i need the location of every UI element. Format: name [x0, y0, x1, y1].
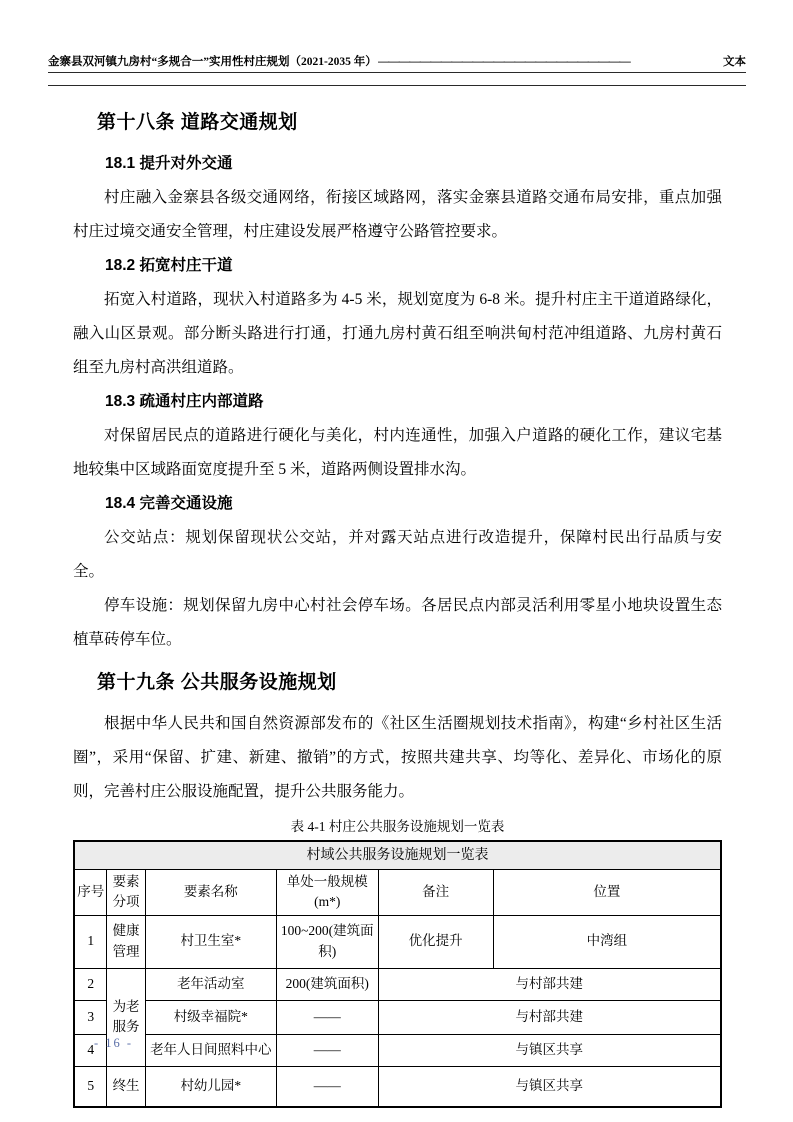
col-header-scale: 单处一般规模 (m*) — [276, 870, 378, 916]
section-18-4-heading: 18.4 完善交通设施 — [73, 487, 722, 521]
table-caption: 表 4-1 村庄公共服务设施规划一览表 — [73, 815, 722, 839]
cell-category-elderly: 为老服务 — [107, 968, 145, 1066]
cell-scale: —— — [276, 1066, 378, 1107]
col-header-scale-line1: 单处一般规模 — [279, 872, 376, 892]
section-18-4-paragraph-parking: 停车设施：规划保留九房中心村社会停车场。各居民点内部灵活利用零星小地块设置生态植… — [73, 589, 722, 657]
article-19-paragraph: 根据中华人民共和国自然资源部发布的《社区生活圈规划技术指南》，构建“乡村社区生活… — [73, 707, 722, 809]
section-18-1-heading: 18.1 提升对外交通 — [73, 147, 722, 181]
cell-scale: —— — [276, 1034, 378, 1066]
cell-seq: 5 — [74, 1066, 107, 1107]
article-19-title: 第十九条 公共服务设施规划 — [73, 668, 722, 698]
cell-name: 老年活动室 — [145, 968, 276, 1000]
table-row: 2 为老服务 老年活动室 200(建筑面积) 与村部共建 — [74, 968, 721, 1000]
cell-note: 优化提升 — [378, 915, 493, 968]
section-18-1-paragraph: 村庄融入金寨县各级交通网络，衔接区域路网，落实金寨县道路交通布局安排，重点加强村… — [73, 181, 722, 249]
header-title: 金寨县双河镇九房村“多规合一”实用性村庄规划（2021-2035 年） — [48, 53, 377, 69]
cell-note-location: 与镇区共享 — [378, 1066, 721, 1107]
section-18-3-paragraph: 对保留居民点的道路进行硬化与美化，村内连通性，加强入户道路的硬化工作，建议宅基地… — [73, 419, 722, 487]
col-header-name: 要素名称 — [145, 870, 276, 916]
content-area: 第十八条 道路交通规划 18.1 提升对外交通 村庄融入金寨县各级交通网络，衔接… — [73, 97, 722, 1108]
document-page: 金寨县双河镇九房村“多规合一”实用性村庄规划（2021-2035 年） ————… — [0, 0, 793, 1122]
header-suffix: 文本 — [723, 53, 746, 69]
cell-name: 村幼儿园* — [145, 1066, 276, 1107]
header-rule — [48, 85, 746, 86]
table-row: 4 老年人日间照料中心 —— 与镇区共享 — [74, 1034, 721, 1066]
cell-name: 老年人日间照料中心 — [145, 1034, 276, 1066]
page-number: - 16 - — [94, 1036, 133, 1051]
cell-category: 健康管理 — [107, 915, 145, 968]
cell-seq: 1 — [74, 915, 107, 968]
section-18-3-heading: 18.3 疏通村庄内部道路 — [73, 385, 722, 419]
table-header-row: 序号 要素分项 要素名称 单处一般规模 (m*) 备注 位置 — [74, 870, 721, 916]
cell-category: 终生 — [107, 1066, 145, 1107]
section-18-2-heading: 18.2 拓宽村庄干道 — [73, 249, 722, 283]
cell-note-location: 与村部共建 — [378, 1000, 721, 1034]
public-services-table: 村域公共服务设施规划一览表 序号 要素分项 要素名称 单处一般规模 (m*) 备… — [73, 840, 722, 1108]
section-18-4-paragraph-bus: 公交站点：规划保留现状公交站，并对露天站点进行改造提升，保障村民出行品质与安全。 — [73, 521, 722, 589]
article-18-title: 第十八条 道路交通规划 — [73, 108, 722, 138]
col-header-scale-line2: (m*) — [279, 892, 376, 912]
table-banner-row: 村域公共服务设施规划一览表 — [74, 841, 721, 870]
table-row: 1 健康管理 村卫生室* 100~200(建筑面积) 优化提升 中湾组 — [74, 915, 721, 968]
cell-scale: —— — [276, 1000, 378, 1034]
cell-location: 中湾组 — [493, 915, 721, 968]
cell-seq: 2 — [74, 968, 107, 1000]
page-header: 金寨县双河镇九房村“多规合一”实用性村庄规划（2021-2035 年） ————… — [48, 53, 746, 73]
cell-name: 村卫生室* — [145, 915, 276, 968]
cell-seq: 3 — [74, 1000, 107, 1034]
col-header-seq: 序号 — [74, 870, 107, 916]
cell-note-location: 与村部共建 — [378, 968, 721, 1000]
cell-scale: 200(建筑面积) — [276, 968, 378, 1000]
header-dashes: ———————————————————————— — [378, 56, 722, 68]
table-banner: 村域公共服务设施规划一览表 — [74, 841, 721, 870]
cell-note-location: 与镇区共享 — [378, 1034, 721, 1066]
col-header-category: 要素分项 — [107, 870, 145, 916]
col-header-location: 位置 — [493, 870, 721, 916]
cell-name: 村级幸福院* — [145, 1000, 276, 1034]
cell-scale: 100~200(建筑面积) — [276, 915, 378, 968]
section-18-2-paragraph: 拓宽入村道路，现状入村道路多为 4-5 米，规划宽度为 6-8 米。提升村庄主干… — [73, 283, 722, 385]
col-header-note: 备注 — [378, 870, 493, 916]
table-row: 5 终生 村幼儿园* —— 与镇区共享 — [74, 1066, 721, 1107]
table-row: 3 村级幸福院* —— 与村部共建 — [74, 1000, 721, 1034]
